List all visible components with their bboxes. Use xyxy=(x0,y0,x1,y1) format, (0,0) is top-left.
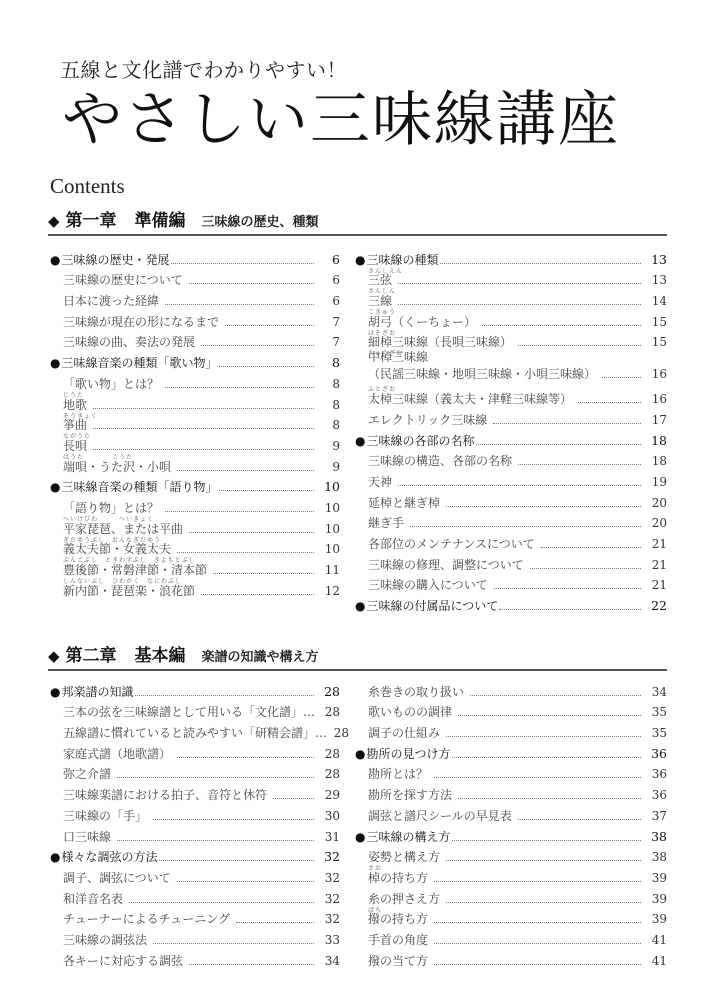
page-number: 38 xyxy=(645,830,667,844)
page-number: 33 xyxy=(318,933,340,947)
toc-entry[interactable]: 三本の弦を三味線譜として用いる「文化譜」…28 xyxy=(50,699,340,720)
toc-entry-label: 勘所の見つけ方 xyxy=(366,747,450,761)
page-number: 29 xyxy=(318,788,340,802)
leader-dots xyxy=(225,324,314,326)
toc-entry-label: 弥之介譜 xyxy=(50,767,111,781)
furigana: さんしん xyxy=(368,286,396,295)
page-number: 10 xyxy=(318,522,340,536)
page-number: 32 xyxy=(318,871,340,885)
toc-entry-label: 和洋音名表 xyxy=(50,892,123,906)
bullet-icon: ● xyxy=(50,685,60,699)
page-number: 35 xyxy=(645,726,667,740)
toc-entry[interactable]: 「語り物」とは？10 xyxy=(50,494,340,515)
toc-entry-label: 端唄・うた沢・小唄 xyxy=(50,460,171,474)
leader-dots xyxy=(398,282,641,284)
page-number: 32 xyxy=(318,912,340,926)
furigana: ほそざお xyxy=(368,328,396,337)
page-number: 17 xyxy=(645,413,667,427)
toc-entry-label: 「語り物」とは？ xyxy=(50,501,159,515)
furigana: こきゅう xyxy=(368,307,396,316)
leader-dots xyxy=(446,505,641,507)
toc-entry-label: 三味線の付属品について xyxy=(366,599,498,613)
page-number: 20 xyxy=(645,516,667,530)
toc-entry-label: 延棹と継ぎ棹 xyxy=(355,496,440,510)
subtitle: 五線と文化譜でわかりやすい！ xyxy=(60,54,347,83)
toc-entry[interactable]: 三味線の曲、奏法の発展7 xyxy=(50,329,340,350)
toc-entry-label: 新内節・琵琶楽・浪花節 xyxy=(50,584,195,598)
toc-entry-label: 三味線の「手」 xyxy=(50,809,147,823)
page-number: 16 xyxy=(645,367,667,381)
toc-entry[interactable]: 弥之介譜28 xyxy=(50,761,340,782)
leader-dots xyxy=(177,469,314,471)
toc-entry[interactable]: 歌いものの調律35 xyxy=(355,699,667,720)
leader-dots xyxy=(201,344,314,346)
leader-dots xyxy=(177,756,314,758)
bullet-icon: ● xyxy=(355,747,365,761)
page-number: 10 xyxy=(318,501,340,515)
toc-entry[interactable]: 家庭式譜（地歌譜）28 xyxy=(50,740,340,761)
toc-entry-label: 各キーに対応する調弦 xyxy=(50,954,183,968)
page-number: 9 xyxy=(318,460,340,474)
toc-entry-label: 五線譜に慣れていると読みやすい「研精会譜」… xyxy=(50,726,327,740)
page-number: 7 xyxy=(318,335,340,349)
leader-dots xyxy=(578,401,641,403)
toc-entry[interactable]: 延棹と継ぎ棹20 xyxy=(355,489,667,510)
page-number: 13 xyxy=(645,253,667,267)
chapter-name: 基本編 xyxy=(135,641,186,666)
toc-column-ch1-left: ●三味線の歴史・発展6三味線の歴史について6日本に渡った経緯6三味線が現在の形に… xyxy=(50,246,340,598)
leader-dots xyxy=(434,942,641,944)
page-number: 41 xyxy=(645,954,667,968)
bullet-icon: ● xyxy=(50,480,60,494)
page-number: 21 xyxy=(645,537,667,551)
leader-dots xyxy=(135,694,315,696)
toc-entry-label: チューナーによるチューニング xyxy=(50,912,230,926)
leader-dots xyxy=(541,546,641,548)
toc-entry[interactable]: 勘所とは？36 xyxy=(355,761,667,782)
leader-dots xyxy=(434,921,641,923)
chapter-name: 準備編 xyxy=(135,206,186,231)
toc-entry[interactable]: 中棹三味線（民謡三味線・地唄三味線・小唄三味線）16ちゅうざお xyxy=(355,349,667,385)
toc-entry-label: 三味線の曲、奏法の発展 xyxy=(50,335,195,349)
toc-entry[interactable]: ●三味線の種類13 xyxy=(355,246,667,267)
toc-entry[interactable]: 「歌い物」とは？8 xyxy=(50,370,340,391)
page-number: 8 xyxy=(318,398,340,412)
toc-entry[interactable]: 手首の角度41 xyxy=(355,926,667,947)
chapter-1-heading: ◆ 第一章 準備編 三味線の歴史、種類 xyxy=(48,206,667,236)
page-number: 36 xyxy=(645,788,667,802)
toc-entry-label: 各部位のメンテナンスについて xyxy=(355,537,535,551)
toc-column-ch1-right: ●三味線の種類13三弦13さんしえん三線14さんしん胡弓（くーちょー）15こきゅ… xyxy=(355,246,667,613)
leader-dots xyxy=(476,443,642,445)
toc-entry[interactable]: 三味線の修理、調整について21 xyxy=(355,551,667,572)
page-number: 39 xyxy=(645,892,667,906)
leader-dots xyxy=(93,407,314,409)
toc-entry-label: 撥の持ち方 xyxy=(355,912,428,926)
toc-entry[interactable]: 細棹三味線（長唄三味線）15ほそざお xyxy=(355,329,667,350)
page-number: 10 xyxy=(318,480,340,494)
page-title: やさしい三味線講座 xyxy=(62,80,620,160)
toc-entry[interactable]: 胡弓（くーちょー）15こきゅう xyxy=(355,308,667,329)
leader-dots xyxy=(440,262,642,264)
page-number: 21 xyxy=(645,558,667,572)
leader-dots xyxy=(499,608,641,610)
page-number: 12 xyxy=(318,584,340,598)
furigana: さお xyxy=(368,863,382,872)
page-number: 15 xyxy=(645,315,667,329)
toc-entry-label: 糸の押さえ方 xyxy=(355,892,440,906)
toc-entry[interactable]: 地歌8じうた xyxy=(50,391,340,412)
toc-entry[interactable]: 三弦13さんしえん xyxy=(355,267,667,288)
leader-dots xyxy=(117,839,314,841)
chapter-number: 第二章 xyxy=(66,641,117,666)
leader-dots xyxy=(398,484,641,486)
toc-entry-label: 勘所を探す方法 xyxy=(355,788,452,802)
toc-column-ch2-left: ●邦楽譜の知識28三本の弦を三味線譜として用いる「文化譜」…28五線譜に慣れてい… xyxy=(50,678,340,968)
leader-dots xyxy=(177,551,314,553)
page-number: 11 xyxy=(318,563,340,577)
toc-entry[interactable]: 三線14さんしん xyxy=(355,287,667,308)
bullet-icon: ● xyxy=(355,830,365,844)
toc-entry-label: 三本の弦を三味線譜として用いる「文化譜」… xyxy=(50,705,315,719)
page-number: 19 xyxy=(645,475,667,489)
toc-entry[interactable]: 各部位のメンテナンスについて21 xyxy=(355,530,667,551)
toc-entry-label: 天神 xyxy=(355,475,392,489)
toc-entry[interactable]: 三味線楽譜における拍子、音符と休符29 xyxy=(50,781,340,802)
page-number: 36 xyxy=(645,747,667,761)
chapter-description: 楽譜の知識や構え方 xyxy=(202,646,319,665)
bullet-icon: ● xyxy=(355,599,365,613)
leader-dots xyxy=(93,448,314,450)
page-number: 32 xyxy=(318,850,340,864)
page-number: 14 xyxy=(645,294,667,308)
toc-entry-label: 様々な調弦の方法 xyxy=(61,850,157,864)
page-number: 39 xyxy=(645,871,667,885)
leader-dots xyxy=(93,427,314,429)
furigana: そうきょく xyxy=(63,411,98,420)
toc-entry-label: 日本に渡った経緯 xyxy=(50,294,159,308)
toc-entry[interactable]: 糸巻きの取り扱い34 xyxy=(355,678,667,699)
toc-entry-label: 三味線音楽の種類「歌い物」 xyxy=(61,356,217,370)
leader-dots xyxy=(458,797,641,799)
page-number: 13 xyxy=(645,273,667,287)
leader-dots xyxy=(530,567,641,569)
leader-dots xyxy=(452,756,642,758)
toc-entry-label: 細棹三味線（長唄三味線） xyxy=(355,335,512,349)
leader-dots xyxy=(434,880,641,882)
leader-dots xyxy=(219,365,315,367)
toc-entry[interactable]: 勘所を探す方法36 xyxy=(355,781,667,802)
toc-entry-label: 撥の当て方 xyxy=(355,954,428,968)
toc-entry-label: 三味線楽譜における拍子、音符と休符 xyxy=(50,788,267,802)
page-number: 18 xyxy=(645,454,667,468)
furigana: ながうた xyxy=(63,431,91,440)
toc-entry[interactable]: 各キーに対応する調弦34 xyxy=(50,947,340,968)
toc-entry[interactable]: ●邦楽譜の知識28 xyxy=(50,678,340,699)
leader-dots xyxy=(398,303,641,305)
furigana: はうた こうた xyxy=(63,452,133,461)
toc-entry[interactable]: 口三味線31 xyxy=(50,823,340,844)
toc-entry-label: エレクトリック三味線 xyxy=(355,413,487,427)
toc-entry[interactable]: 三味線の「手」30 xyxy=(50,802,340,823)
toc-entry[interactable]: エレクトリック三味線17 xyxy=(355,406,667,427)
toc-entry[interactable]: ●三味線音楽の種類「語り物」10 xyxy=(50,474,340,495)
page-number: 34 xyxy=(318,954,340,968)
toc-entry-label: 調弦と譜尺シールの早見表 xyxy=(355,809,512,823)
toc-entry[interactable]: 三味線の調弦法33 xyxy=(50,926,340,947)
leader-dots xyxy=(458,714,641,716)
page-number: 6 xyxy=(318,294,340,308)
leader-dots xyxy=(446,859,641,861)
page-number: 39 xyxy=(645,912,667,926)
bullet-icon: ● xyxy=(355,434,365,448)
toc-entry[interactable]: 天神19 xyxy=(355,468,667,489)
page-number: 28 xyxy=(318,767,340,781)
furigana: ばち xyxy=(368,905,382,914)
leader-dots xyxy=(518,818,641,820)
toc-entry[interactable]: 継ぎ手20 xyxy=(355,510,667,531)
toc-entry-label: 三味線の種類 xyxy=(366,253,438,267)
toc-entry[interactable]: ●三味線音楽の種類「歌い物」8 xyxy=(50,349,340,370)
toc-entry[interactable]: 太棹三味線（義太夫・津軽三味線等）16ふとざお xyxy=(355,385,667,406)
furigana: ぶんごぶし ときわずぶし きよもとぶし xyxy=(63,555,196,564)
furigana: ちゅうざお xyxy=(368,348,403,357)
page-number: 8 xyxy=(318,377,340,391)
page-number: 22 xyxy=(645,599,667,613)
furigana: ぎだゆうぶし おんなぎだゆう xyxy=(63,535,161,544)
toc-entry-label: 口三味線 xyxy=(50,830,111,844)
leader-dots xyxy=(189,531,314,533)
toc-entry-label: 三弦 xyxy=(355,273,392,287)
toc-entry[interactable]: 糸の押さえ方39 xyxy=(355,885,667,906)
toc-entry-label: 箏曲 xyxy=(50,418,87,432)
bullet-icon: ● xyxy=(50,356,60,370)
toc-entry-label: 三線 xyxy=(355,294,392,308)
leader-dots xyxy=(493,422,641,424)
page-number: 35 xyxy=(645,705,667,719)
page-number: 18 xyxy=(645,434,667,448)
leader-dots xyxy=(446,901,641,903)
toc-entry-label: 邦楽譜の知識 xyxy=(61,685,133,699)
toc-entry[interactable]: 長唄9ながうた xyxy=(50,432,340,453)
page-number: 31 xyxy=(318,830,340,844)
toc-entry-label: 歌いものの調律 xyxy=(355,705,452,719)
leader-dots xyxy=(201,593,314,595)
furigana: ふとざお xyxy=(368,384,396,393)
bullet-icon: ● xyxy=(50,850,60,864)
toc-entry[interactable]: 日本に渡った経緯6 xyxy=(50,287,340,308)
toc-entry-label: 三味線が現在の形になるまで xyxy=(50,315,219,329)
leader-dots xyxy=(446,735,641,737)
leader-dots xyxy=(165,386,314,388)
furigana: じうた xyxy=(63,390,84,399)
page-number: 6 xyxy=(318,273,340,287)
page-number: 36 xyxy=(645,767,667,781)
toc-entry-label: 三味線の調弦法 xyxy=(50,933,147,947)
toc-entry[interactable]: 撥の持ち方39ばち xyxy=(355,906,667,927)
leader-dots xyxy=(482,324,641,326)
page-number: 28 xyxy=(318,705,340,719)
toc-entry[interactable]: 箏曲8そうきょく xyxy=(50,412,340,433)
toc-entry[interactable]: 豊後節・常磐津節・清本節11ぶんごぶし ときわずぶし きよもとぶし xyxy=(50,556,340,577)
leader-dots xyxy=(189,963,314,965)
toc-column-ch2-right: 糸巻きの取り扱い34歌いものの調律35調子の仕組み35●勘所の見つけ方36勘所と… xyxy=(355,678,667,968)
leader-dots xyxy=(236,921,314,923)
page-number: 28 xyxy=(318,747,340,761)
toc-entry[interactable]: 和洋音名表32 xyxy=(50,885,340,906)
toc-entry[interactable]: 新内節・琵琶楽・浪花節12しんないぶし びわがく なにわぶし xyxy=(50,577,340,598)
toc-entry[interactable]: 調子、調弦について32 xyxy=(50,864,340,885)
bullet-icon: ● xyxy=(355,253,365,267)
toc-entry[interactable]: 棹の持ち方39さお xyxy=(355,864,667,885)
page-number: 8 xyxy=(318,418,340,432)
toc-entry-label: 三味線の購入について xyxy=(355,578,488,592)
furigana: しんないぶし びわがく なにわぶし xyxy=(63,576,182,585)
leader-dots xyxy=(129,901,314,903)
toc-entry-label: 三味線の構造、各部の名称 xyxy=(355,454,512,468)
furigana: さんしえん xyxy=(368,266,403,275)
toc-entry[interactable]: ●三味線の各部の名称18 xyxy=(355,427,667,448)
leader-dots xyxy=(213,572,314,574)
leader-dots xyxy=(494,587,641,589)
toc-entry-label: 三味線の各部の名称 xyxy=(366,434,474,448)
toc-entry[interactable]: ●三味線の歴史・発展6 xyxy=(50,246,340,267)
leader-dots xyxy=(171,262,315,264)
toc-entry-label: 棹の持ち方 xyxy=(355,871,428,885)
toc-entry-label: 調子、調弦について xyxy=(50,871,171,885)
toc-entry[interactable]: ●三味線の構え方38 xyxy=(355,823,667,844)
toc-entry-label: 地歌 xyxy=(50,398,87,412)
leader-dots xyxy=(153,942,314,944)
page-number: 6 xyxy=(318,253,340,267)
leader-dots xyxy=(153,818,314,820)
page-number: 38 xyxy=(645,850,667,864)
toc-entry[interactable]: ●勘所の見つけ方36 xyxy=(355,740,667,761)
page-number: 9 xyxy=(318,439,340,453)
chapter-description: 三味線の歴史、種類 xyxy=(202,211,319,230)
toc-entry[interactable]: チューナーによるチューニング32 xyxy=(50,906,340,927)
page-number: 8 xyxy=(318,356,340,370)
toc-entry-label: 胡弓（くーちょー） xyxy=(355,315,476,329)
page-number: 16 xyxy=(645,392,667,406)
toc-entry-label: 義太夫節・女義太夫 xyxy=(50,542,171,556)
toc-entry-label: 家庭式譜（地歌譜） xyxy=(50,747,171,761)
toc-entry[interactable]: 調子の仕組み35 xyxy=(355,719,667,740)
page-number: 20 xyxy=(645,496,667,510)
leader-dots xyxy=(434,776,641,778)
leader-dots xyxy=(165,510,314,512)
leader-dots xyxy=(518,463,641,465)
contents-label: Contents xyxy=(50,174,125,199)
toc-entry[interactable]: ●三味線の付属品について22 xyxy=(355,592,667,613)
leader-dots xyxy=(117,776,314,778)
toc-entry-label: 勘所とは？ xyxy=(355,767,428,781)
leader-dots xyxy=(177,880,314,882)
page-number: 41 xyxy=(645,933,667,947)
toc-entry-label: 「歌い物」とは？ xyxy=(50,377,159,391)
page-number: 7 xyxy=(318,315,340,329)
toc-entry-label: 三味線の構え方 xyxy=(366,830,450,844)
page-number: 28 xyxy=(318,685,340,699)
page-number: 21 xyxy=(645,578,667,592)
toc-entry[interactable]: 三味線の歴史について6 xyxy=(50,267,340,288)
leader-dots xyxy=(602,376,641,378)
toc-entry-label: 調子の仕組み xyxy=(355,726,440,740)
leader-dots xyxy=(518,344,641,346)
leader-dots xyxy=(273,797,314,799)
chapter-number: 第一章 xyxy=(66,206,117,231)
page-number: 30 xyxy=(318,809,340,823)
toc-entry[interactable]: 調弦と譜尺シールの早見表37 xyxy=(355,802,667,823)
toc-entry[interactable]: 平家琵琶、または平曲10へいけびわ へいきょく xyxy=(50,515,340,536)
toc-entry-label: 三味線の修理、調整について xyxy=(355,558,524,572)
toc-entry-label: 手首の角度 xyxy=(355,933,428,947)
furigana: へいけびわ へいきょく xyxy=(63,514,154,523)
leader-dots xyxy=(452,839,642,841)
page-number: 28 xyxy=(327,726,349,740)
toc-entry[interactable]: ●様々な調弦の方法32 xyxy=(50,844,340,865)
page-number: 32 xyxy=(318,892,340,906)
toc-entry[interactable]: 姿勢と構え方38 xyxy=(355,844,667,865)
page-number: 37 xyxy=(645,809,667,823)
toc-entry-label: 豊後節・常磐津節・清本節 xyxy=(50,563,207,577)
page-number: 15 xyxy=(645,335,667,349)
toc-entry-label: 姿勢と構え方 xyxy=(355,850,440,864)
toc-entry-label: 平家琵琶、または平曲 xyxy=(50,522,183,536)
toc-entry-label: 三味線の歴史・発展 xyxy=(61,253,169,267)
leader-dots xyxy=(434,963,641,965)
toc-entry-label: 継ぎ手 xyxy=(355,516,404,530)
leader-dots xyxy=(470,694,641,696)
toc-entry[interactable]: 五線譜に慣れていると読みやすい「研精会譜」…28 xyxy=(50,719,340,740)
page-number: 34 xyxy=(645,685,667,699)
diamond-icon: ◆ xyxy=(48,212,60,230)
toc-entry[interactable]: 三味線が現在の形になるまで7 xyxy=(50,308,340,329)
leader-dots xyxy=(410,525,641,527)
toc-entry-label: 長唄 xyxy=(50,439,87,453)
page-number: 10 xyxy=(318,542,340,556)
toc-entry[interactable]: 三味線の構造、各部の名称18 xyxy=(355,448,667,469)
chapter-2-heading: ◆ 第二章 基本編 楽譜の知識や構え方 xyxy=(48,641,667,671)
leader-dots xyxy=(165,303,314,305)
toc-entry-label: 三味線の歴史について xyxy=(50,273,183,287)
toc-entry[interactable]: 撥の当て方41 xyxy=(355,947,667,968)
toc-entry-label: 糸巻きの取り扱い xyxy=(355,685,464,699)
toc-entry[interactable]: 端唄・うた沢・小唄9はうた こうた xyxy=(50,453,340,474)
toc-entry-label: 太棹三味線（義太夫・津軽三味線等） xyxy=(355,392,572,406)
toc-entry-label: （民謡三味線・地唄三味線・小唄三味線） xyxy=(355,367,596,381)
toc-entry[interactable]: 三味線の購入について21 xyxy=(355,572,667,593)
leader-dots xyxy=(219,489,315,491)
toc-entry[interactable]: 義太夫節・女義太夫10ぎだゆうぶし おんなぎだゆう xyxy=(50,536,340,557)
diamond-icon: ◆ xyxy=(48,647,60,665)
bullet-icon: ● xyxy=(50,253,60,267)
leader-dots xyxy=(189,282,314,284)
toc-entry-label: 三味線音楽の種類「語り物」 xyxy=(61,480,217,494)
leader-dots xyxy=(159,859,315,861)
